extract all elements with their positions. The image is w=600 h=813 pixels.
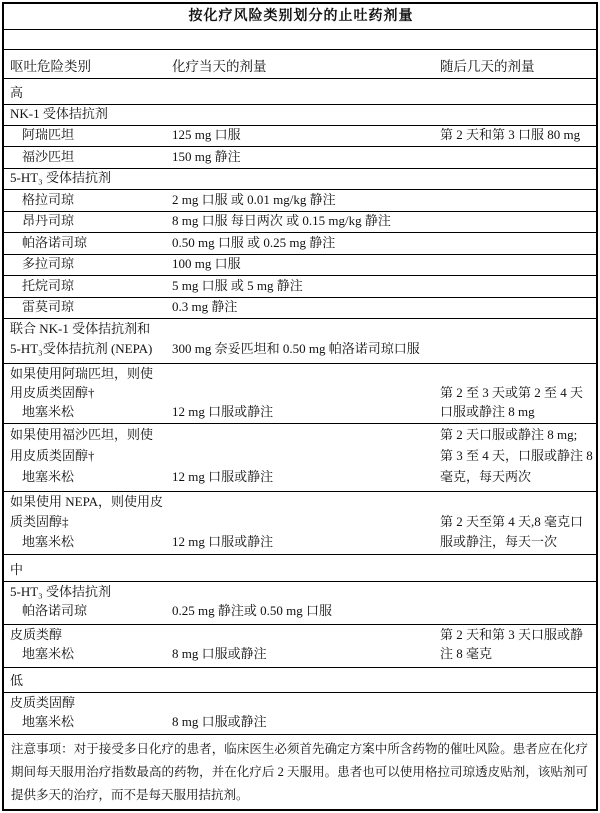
drug-name: 格拉司琼 — [10, 192, 172, 207]
section-label-high: 高 — [10, 85, 172, 100]
drug-row-nepa: 联合 NK-1 受体拮抗剂和 5-HT₃受体拮抗剂 (NEPA) 300 mg … — [4, 319, 596, 364]
column-header-risk: 呕吐危险类别 — [10, 59, 172, 74]
dose-next-line2: 口服或静注 8 mg — [440, 402, 592, 421]
dose-day1: 125 mg 口服 — [172, 127, 440, 142]
drug-row-ramosetron: 雷莫司琼 0.3 mg 静注 — [4, 298, 596, 319]
drug-class-label: 皮质类固醇 — [10, 693, 172, 712]
condition-line2: 用皮质类固醇† — [10, 445, 172, 466]
column-header-subsequent-dose: 随后几天的剂量 — [440, 59, 592, 74]
block-row-fosaprepitant-corticosteroid: 如果使用福沙匹坦，则使 用皮质类固醇† 地塞米松 12 mg 口服或静注 第 2… — [4, 424, 596, 493]
dose-day1: 100 mg 口服 — [172, 256, 440, 271]
section-row-low: 低 — [4, 668, 596, 693]
drug-class-label: NK-1 受体拮抗剂 — [10, 106, 172, 121]
drug-row-dolasetron: 多拉司琼 100 mg 口服 — [4, 255, 596, 276]
condition-line1: 如果使用阿瑞匹坦，则使 — [10, 364, 172, 383]
drug-class-label: 皮质类醇 — [10, 625, 172, 644]
drug-name: 地塞米松 — [10, 644, 172, 663]
block-row-moderate-corticosteroid: 皮质类醇 地塞米松 8 mg 口服或静注 第 2 天和第 3 天口服或静 注 8… — [4, 625, 596, 668]
dose-day1: 0.50 mg 口服 或 0.25 mg 静注 — [172, 235, 440, 250]
drug-name-line1: 联合 NK-1 受体拮抗剂和 — [10, 319, 172, 339]
dose-next-line2: 注 8 毫克 — [440, 644, 592, 663]
block-row-moderate-5ht3: 5-HT₃ 受体拮抗剂 帕洛诺司琼 0.25 mg 静注或 0.50 mg 口服 — [4, 582, 596, 625]
table-title: 按化疗风险类别划分的止吐药剂量 — [189, 9, 414, 24]
dose-next-line3: 毫克，每天两次 — [440, 466, 593, 487]
drug-name: 多拉司琼 — [10, 256, 172, 271]
dose-day1: 5 mg 口服 或 5 mg 静注 — [172, 278, 440, 293]
dose-next-line1: 第 2 至 3 天或第 2 至 4 天 — [440, 383, 592, 402]
dose-next-line2: 服或静注，每天一次 — [440, 532, 592, 552]
block-row-nepa-corticosteroid: 如果使用 NEPA，则使用皮 质类固醇‡ 地塞米松 12 mg 口服或静注 第 … — [4, 492, 596, 555]
section-row-high: 高 — [4, 79, 596, 105]
dose-day1: 12 mg 口服或静注 — [172, 532, 440, 552]
dose-day1: 150 mg 静注 — [172, 149, 440, 164]
drug-row-palonosetron: 帕洛诺司琼 0.50 mg 口服 或 0.25 mg 静注 — [4, 233, 596, 255]
drug-name: 阿瑞匹坦 — [10, 127, 172, 142]
block-row-low-corticosteroid: 皮质类固醇 地塞米松 8 mg 口服或静注 — [4, 693, 596, 735]
antiemetic-dosage-table: 按化疗风险类别划分的止吐药剂量 呕吐危险类别 化疗当天的剂量 随后几天的剂量 高… — [2, 2, 598, 811]
dose-next-line1: 第 2 天和第 3 天口服或静 — [440, 625, 592, 644]
drug-row-ondansetron: 昂丹司琼 8 mg 口服 每日两次 或 0.15 mg/kg 静注 — [4, 212, 596, 233]
drug-name: 昂丹司琼 — [10, 213, 172, 228]
column-header-day1-dose: 化疗当天的剂量 — [172, 59, 440, 74]
dose-day1: 0.3 mg 静注 — [172, 299, 440, 314]
drug-name: 帕洛诺司琼 — [10, 601, 172, 620]
drug-name: 福沙匹坦 — [10, 149, 172, 164]
dose-day1: 0.25 mg 静注或 0.50 mg 口服 — [172, 601, 440, 620]
drug-name: 地塞米松 — [10, 532, 172, 552]
drug-name: 地塞米松 — [10, 466, 172, 487]
section-label-moderate: 中 — [10, 562, 172, 577]
drug-name: 地塞米松 — [10, 402, 172, 421]
drug-name-line2: 5-HT₃受体拮抗剂 (NEPA) — [10, 339, 172, 359]
drug-row-fosaprepitant: 福沙匹坦 150 mg 静注 — [4, 147, 596, 169]
dose-next-line2: 第 3 至 4 天，口服或静注 8 — [440, 445, 593, 466]
drug-row-granisetron: 格拉司琼 2 mg 口服 或 0.01 mg/kg 静注 — [4, 190, 596, 212]
dose-day1: 300 mg 奈妥匹坦和 0.50 mg 帕洛诺司琼口服 — [172, 339, 440, 359]
group-row-5ht3: 5-HT₃ 受体拮抗剂 — [4, 169, 596, 190]
document-page: 按化疗风险类别划分的止吐药剂量 呕吐危险类别 化疗当天的剂量 随后几天的剂量 高… — [0, 0, 600, 813]
dose-next-days: 第 2 天和第 3 口服 80 mg — [440, 127, 592, 142]
dose-day1: 8 mg 口服或静注 — [172, 712, 440, 731]
drug-name: 帕洛诺司琼 — [10, 235, 172, 250]
title-row: 按化疗风险类别划分的止吐药剂量 — [4, 4, 596, 30]
note-row: 注意事项：对于接受多日化疗的患者，临床医生必须首先确定方案中所含药物的催吐风险。… — [4, 735, 596, 809]
note-text: 注意事项：对于接受多日化疗的患者，临床医生必须首先确定方案中所含药物的催吐风险。… — [11, 738, 588, 807]
condition-line2: 用皮质类固醇† — [10, 383, 172, 402]
condition-line1: 如果使用 NEPA，则使用皮 — [10, 492, 172, 512]
condition-line1: 如果使用福沙匹坦，则使 — [10, 424, 172, 445]
dose-next-line1: 第 2 天至第 4 天,8 毫克口 — [440, 512, 592, 532]
drug-class-label: 5-HT₃ 受体拮抗剂 — [10, 582, 172, 601]
drug-name: 雷莫司琼 — [10, 299, 172, 314]
dose-day1: 12 mg 口服或静注 — [172, 402, 440, 421]
dose-day1: 8 mg 口服 每日两次 或 0.15 mg/kg 静注 — [172, 213, 440, 228]
drug-name: 托烷司琼 — [10, 278, 172, 293]
dose-day1: 12 mg 口服或静注 — [172, 466, 440, 487]
group-row-nk1: NK-1 受体拮抗剂 — [4, 105, 596, 127]
dose-next-line1: 第 2 天口服或静注 8 mg; — [440, 424, 593, 445]
drug-class-label: 5-HT₃ 受体拮抗剂 — [10, 170, 172, 185]
section-label-low: 低 — [10, 673, 172, 688]
spacer-row — [4, 30, 596, 50]
dose-day1: 8 mg 口服或静注 — [172, 644, 440, 663]
block-row-aprepitant-corticosteroid: 如果使用阿瑞匹坦，则使 用皮质类固醇† 地塞米松 12 mg 口服或静注 第 2… — [4, 364, 596, 424]
drug-row-aprepitant: 阿瑞匹坦 125 mg 口服 第 2 天和第 3 口服 80 mg — [4, 126, 596, 147]
drug-name: 地塞米松 — [10, 712, 172, 731]
section-row-moderate: 中 — [4, 555, 596, 582]
header-row: 呕吐危险类别 化疗当天的剂量 随后几天的剂量 — [4, 50, 596, 79]
condition-line2: 质类固醇‡ — [10, 512, 172, 532]
drug-row-tropisetron: 托烷司琼 5 mg 口服 或 5 mg 静注 — [4, 276, 596, 298]
dose-day1: 2 mg 口服 或 0.01 mg/kg 静注 — [172, 192, 440, 207]
